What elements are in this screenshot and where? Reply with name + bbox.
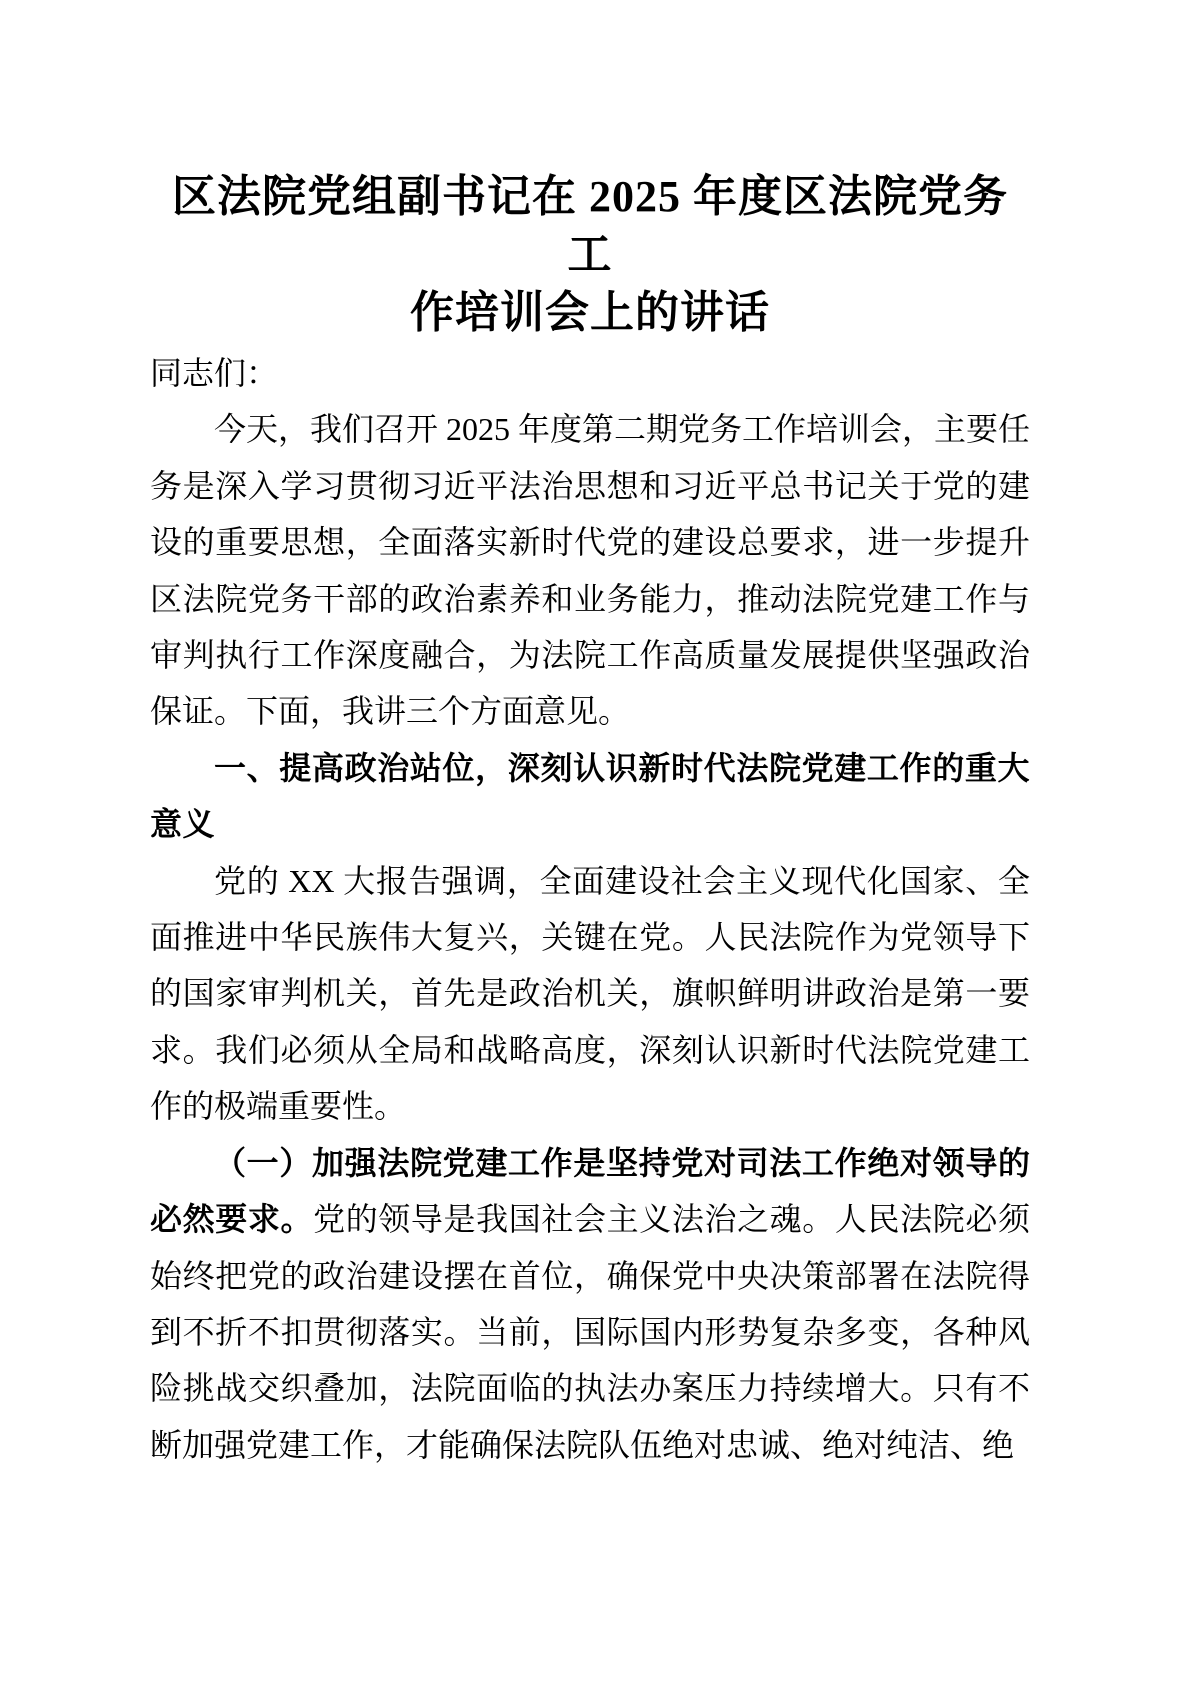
paragraph-opening: 今天，我们召开 2025 年度第二期党务工作培训会，主要任务是深入学习贯彻习近平… <box>150 401 1030 739</box>
document-title: 区法院党组副书记在 2025 年度区法院党务工作培训会上的讲话 <box>150 168 1030 342</box>
document-body: 同志们： 今天，我们召开 2025 年度第二期党务工作培训会，主要任务是深入学习… <box>150 345 1030 1473</box>
subsection-1-1-body: 党的领导是我国社会主义法治之魂。人民法院必须始终把党的政治建设摆在首位，确保党中… <box>150 1201 1030 1463</box>
title-line-1: 区法院党组副书记在 2025 年度区法院党务工 <box>172 172 1008 279</box>
section-1-heading: 一、提高政治站位，深刻认识新时代法院党建工作的重大意义 <box>150 740 1030 853</box>
paragraph-section-1-intro: 党的 XX 大报告强调，全面建设社会主义现代化国家、全面推进中华民族伟大复兴，关… <box>150 853 1030 1135</box>
document-page: 区法院党组副书记在 2025 年度区法院党务工作培训会上的讲话 同志们： 今天，… <box>0 0 1190 1683</box>
paragraph-subsection-1-1: （一）加强法院党建工作是坚持党对司法工作绝对领导的必然要求。党的领导是我国社会主… <box>150 1135 1030 1473</box>
paragraph-salutation: 同志们： <box>150 345 1030 401</box>
title-line-2: 作培训会上的讲话 <box>410 288 770 337</box>
